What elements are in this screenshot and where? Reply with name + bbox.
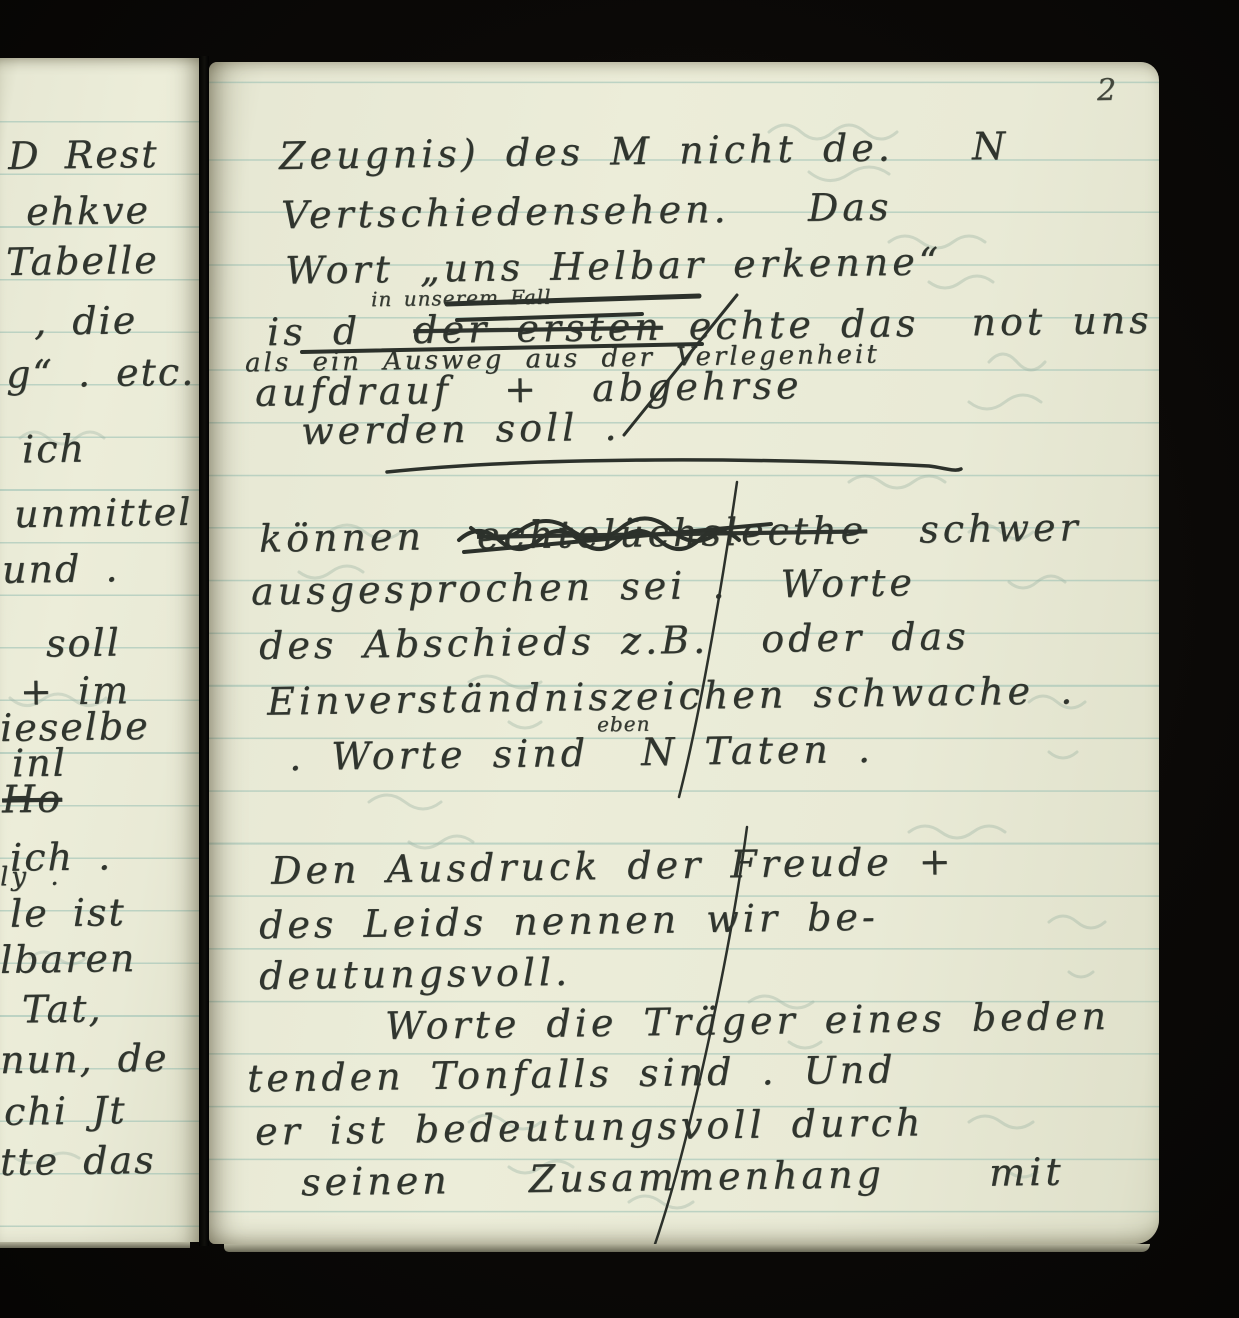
handwritten-line: des Leids nennen wir be- [259, 898, 879, 945]
handwritten-line: werden soll . [301, 408, 621, 450]
left-page-fragment: unmittel [14, 493, 193, 533]
left-page-fragment: chi Jt [4, 1091, 127, 1131]
page-number: 2 [1097, 76, 1117, 106]
left-page-fragment: ehkve [26, 191, 150, 231]
handwritten-line: seinen Zusammenhang mit [301, 1153, 1065, 1202]
handwritten-line: . Worte sind N Taten . [289, 730, 874, 776]
left-page-fragment: und . [2, 549, 120, 589]
notebook-scan: D Rest ehkve Tabelle , die g“ . etc. ich… [0, 0, 1239, 1318]
left-page-fragment-struck: Ho [2, 780, 63, 819]
handwritten-line: Worte die Träger eines beden [385, 997, 1110, 1045]
page-edge-strip [0, 1242, 190, 1248]
left-page: D Rest ehkve Tabelle , die g“ . etc. ich… [0, 58, 202, 1242]
handwritten-line: Zeugnis) des M nicht de. N [279, 127, 1010, 175]
handwritten-line: können echtelüchslecthe schwer [259, 508, 1082, 557]
line-segment: schwer [867, 505, 1082, 552]
struck-segment: echtelüchslecthe [477, 508, 868, 557]
handwritten-line: ausgesprochen sei . Worte [251, 563, 916, 610]
left-page-fragment: Tabelle [6, 241, 159, 281]
handwritten-line: er ist bedeutungsvoll durch [255, 1103, 925, 1150]
left-page-fragment: soll [46, 623, 121, 662]
line-segment: können [259, 514, 478, 561]
left-page-fragment: lbaren [0, 939, 137, 979]
handwritten-line: Einverständniszeichen schwache . [267, 671, 1077, 720]
left-page-fragment: , die [34, 301, 138, 340]
handwritten-line: des Abschieds z.B. oder das [259, 617, 970, 665]
left-page-fragment: Tat, [22, 989, 103, 1028]
handwritten-line: Den Ausdruck der Freude + [271, 842, 955, 890]
hand-drawn-divider [387, 460, 961, 472]
left-page-fragment: nun, de [0, 1039, 169, 1079]
left-page-fragment: tte das [0, 1141, 156, 1181]
page-edge-strip [224, 1244, 1150, 1252]
left-page-fragment: le ist [10, 893, 126, 933]
handwritten-line: tenden Tonfalls sind . Und [247, 1050, 897, 1097]
handwritten-line: Vertschiedensehen. Das [281, 188, 893, 235]
left-page-fragment: D Rest [8, 135, 159, 175]
handwritten-line: Wort „uns Helbar erkenne“ [285, 242, 943, 289]
binding-gutter [199, 56, 209, 1246]
right-page: 2 Zeugnis) des M nicht de. N Vertschiede… [209, 62, 1159, 1244]
left-page-fragment: ly . [0, 864, 62, 891]
left-page-fragment: g“ . etc. [6, 353, 196, 394]
handwritten-line: deutungsvoll. [259, 953, 572, 995]
left-page-fragment: ich [22, 430, 86, 469]
handwritten-line: aufdrauf + abgehrse [255, 366, 803, 412]
